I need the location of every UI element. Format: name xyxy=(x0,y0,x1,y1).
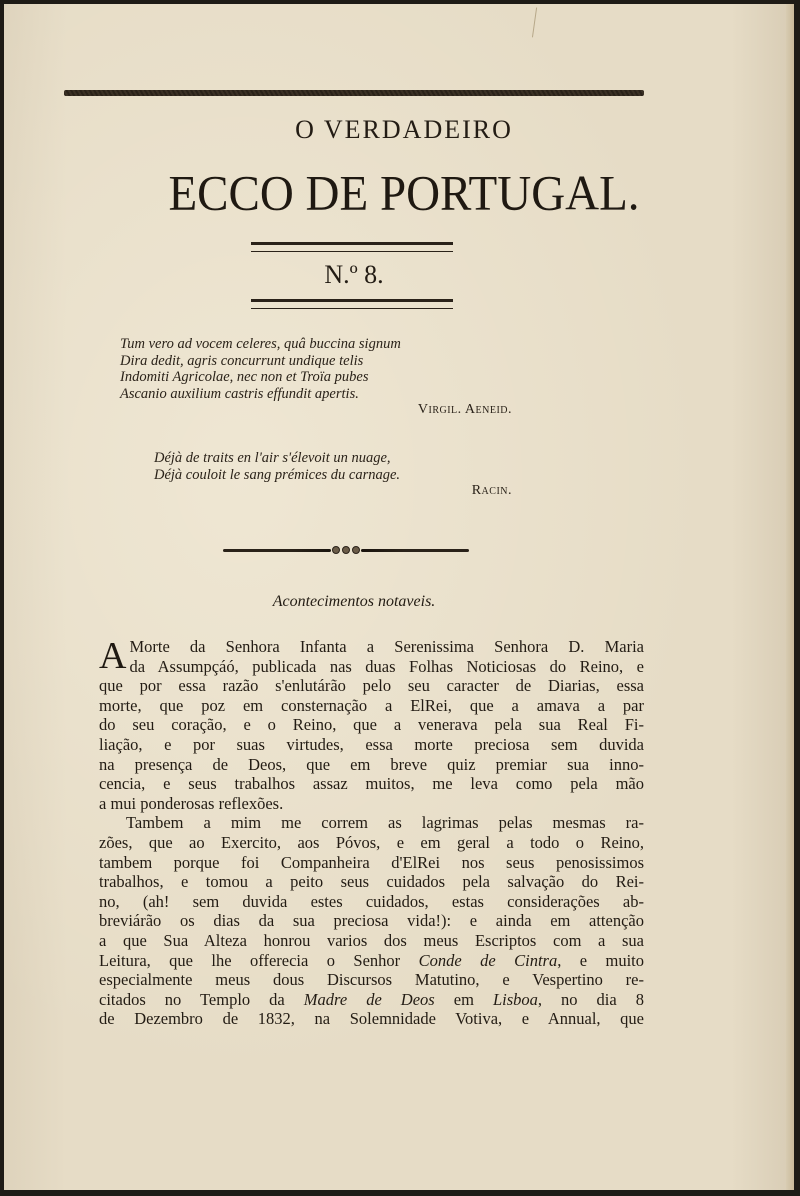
epigraph-attribution: Racin. xyxy=(154,483,534,500)
italic-place: Madre de Deos xyxy=(304,990,435,1009)
epigraph-line: Indomiti Agricolae, nec non et Troïa pub… xyxy=(120,369,540,386)
text-line: breviárão os dias da sua preciosa vida!)… xyxy=(99,911,644,931)
paper-tear xyxy=(532,8,545,39)
epigraph-line: Déjà couloit le sang prémices du carnage… xyxy=(154,467,534,484)
italic-city: Lisboa xyxy=(493,990,538,1009)
issue-number: N.º 8. xyxy=(4,260,704,290)
text-line: liação, e por suas virtudes, essa morte … xyxy=(99,735,644,755)
epigraph-attribution: Virgil. Aeneid. xyxy=(120,402,540,419)
ornamental-divider xyxy=(223,547,469,553)
text-line: Morte da Senhora Infanta a Serenissima S… xyxy=(99,637,644,657)
epigraph-line: Déjà de traits en l'air s'élevoit un nua… xyxy=(154,450,534,467)
text-line: citados no Templo da Madre de Deos em Li… xyxy=(99,990,644,1010)
text-line: no, (ah! sem duvida estes cuidados, esta… xyxy=(99,892,644,912)
italic-name: Conde de Cintra xyxy=(419,951,558,970)
text-line: especialmente meus dous Discursos Matuti… xyxy=(99,970,644,990)
epigraph-virgil: Tum vero ad vocem celeres, quâ buccina s… xyxy=(120,336,540,419)
text-line: trabalhos, e tomou a peito seus cuidados… xyxy=(99,872,644,892)
text-line: de Dezembro de 1832, na Solemnidade Voti… xyxy=(99,1009,644,1029)
epigraph-line: Dira dedit, agris concurrunt undique tel… xyxy=(120,353,540,370)
text-line: tambem porque foi Companheira d'ElRei no… xyxy=(99,853,644,873)
newspaper-page: O VERDADEIRO ECCO DE PORTUGAL. N.º 8. Tu… xyxy=(4,4,794,1190)
epigraph-line: Ascanio auxilium castris effundit aperti… xyxy=(120,386,540,403)
masthead-title-line1: O VERDADEIRO xyxy=(4,115,800,145)
text-line: a mui ponderosas reflexões. xyxy=(99,794,644,814)
drop-cap: A xyxy=(99,641,126,671)
article-body: A Morte da Senhora Infanta a Serenissima… xyxy=(99,637,644,1029)
paragraph-2: Tambem a mim me correm as lagrimas pelas… xyxy=(99,813,644,1029)
double-rule-top xyxy=(251,242,453,252)
text-line: zões, que ao Exercito, aos Póvos, e em g… xyxy=(99,833,644,853)
text-line: cencia, e seus trabalhos assaz muitos, m… xyxy=(99,774,644,794)
masthead-title-line2: ECCO DE PORTUGAL. xyxy=(4,166,800,223)
paragraph-1: A Morte da Senhora Infanta a Serenissima… xyxy=(99,637,644,813)
text-line: Leitura, que lhe offerecia o Senhor Cond… xyxy=(99,951,644,971)
text-line: Tambem a mim me correm as lagrimas pelas… xyxy=(99,813,644,833)
text-line: do seu coração, e o Reino, que a venerav… xyxy=(99,715,644,735)
section-heading: Acontecimentos notaveis. xyxy=(4,593,704,611)
text-line: da Assumpçáó, publicada nas duas Folhas … xyxy=(99,657,644,677)
decorative-wavy-rule xyxy=(64,90,644,96)
text-line: a que Sua Alteza honrou varios dos meus … xyxy=(99,931,644,951)
text-line: que por essa razão s'enlutárão pelo seu … xyxy=(99,676,644,696)
epigraph-line: Tum vero ad vocem celeres, quâ buccina s… xyxy=(120,336,540,353)
text-line: morte, que poz em consternação a ElRei, … xyxy=(99,696,644,716)
double-rule-bottom xyxy=(251,299,453,309)
text-line: na presença de Deos, que em breve quiz p… xyxy=(99,755,644,775)
epigraph-racine: Déjà de traits en l'air s'élevoit un nua… xyxy=(154,450,534,500)
